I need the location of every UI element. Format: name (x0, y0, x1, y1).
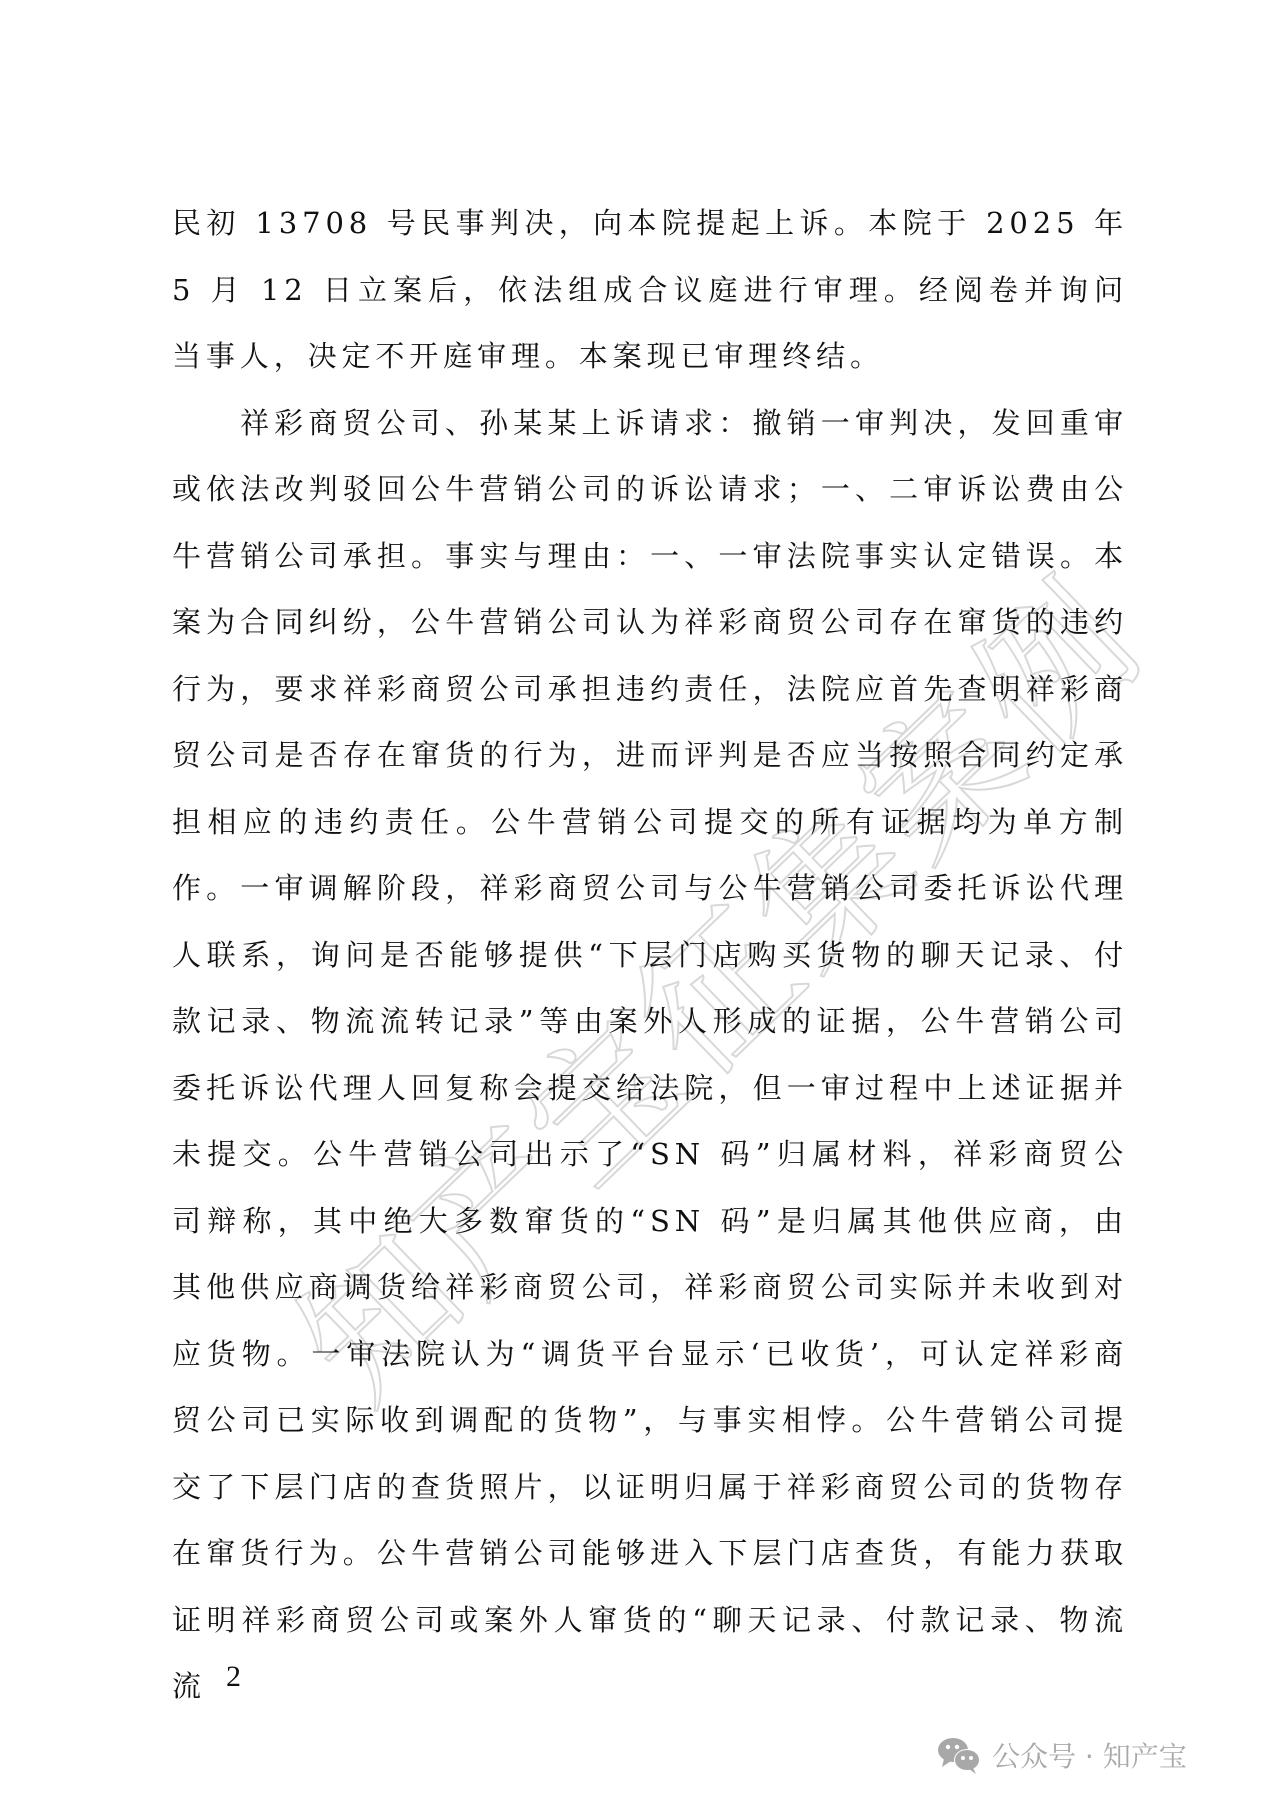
wechat-account-tag: 公众号 · 知产宝 (936, 1735, 1187, 1775)
paragraph-appeal-claims: 祥彩商贸公司、孙某某上诉请求：撤销一审判决，发回重审或依法改判驳回公牛营销公司的… (172, 390, 1128, 1720)
paragraph-procedural-history: 民初 13708 号民事判决，向本院提起上诉。本院于 2025 年 5 月 12… (172, 190, 1128, 390)
wechat-icon (936, 1735, 982, 1775)
document-body: 民初 13708 号民事判决，向本院提起上诉。本院于 2025 年 5 月 12… (172, 190, 1128, 1720)
wechat-account-label: 公众号 · 知产宝 (992, 1735, 1187, 1775)
document-page: 知产宝征集案例 民初 13708 号民事判决，向本院提起上诉。本院于 2025 … (0, 0, 1280, 1810)
